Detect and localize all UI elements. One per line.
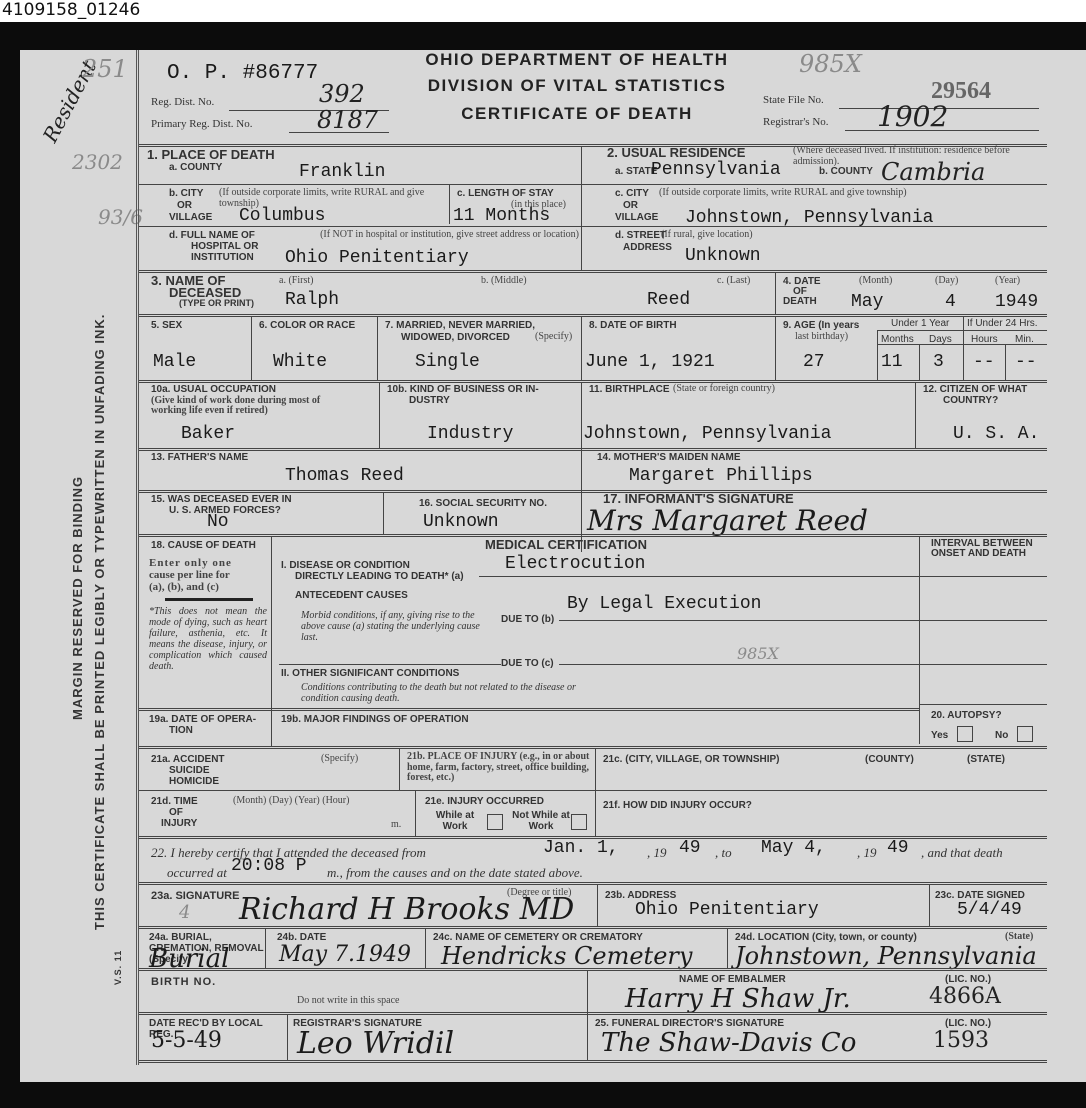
medical-certification-heading: MEDICAL CERTIFICATION xyxy=(485,538,647,551)
funeral-director-license: 1593 xyxy=(933,1028,989,1053)
death-city-value: Columbus xyxy=(239,206,325,226)
op-number: O. P. #86777 xyxy=(167,62,318,85)
embalmer-signature: Harry H Shaw Jr. xyxy=(625,984,851,1014)
physician-address: Ohio Penitentiary xyxy=(635,900,819,920)
pencil-251: 251 xyxy=(82,55,128,83)
usual-residence-label: 2. USUAL RESIDENCE xyxy=(607,146,745,159)
form-code: V.S. 11 xyxy=(113,950,123,985)
business-value: Industry xyxy=(427,424,513,444)
legibility-instruction: THIS CERTIFICATE SHALL BE PRINTED LEGIBL… xyxy=(92,314,107,930)
reg-dist-label: Reg. Dist. No. xyxy=(151,96,214,108)
pencil-2302: 2302 xyxy=(72,150,123,174)
birth-date-value: June 1, 1921 xyxy=(585,352,715,372)
time-of-death: 20:08 P xyxy=(231,856,307,876)
autopsy-yes-checkbox[interactable] xyxy=(957,726,973,742)
length-of-stay-value: 11 Months xyxy=(453,206,550,226)
county-label: a. COUNTY xyxy=(169,162,222,173)
attended-from-date: Jan. 1, xyxy=(543,838,619,858)
primary-reg-dist-label: Primary Reg. Dist. No. xyxy=(151,118,252,130)
age-value: 27 xyxy=(803,352,825,372)
date-signed: 5/4/49 xyxy=(957,900,1022,920)
cause-a-value: Electrocution xyxy=(505,554,645,574)
residence-state-value: Pennsylvania xyxy=(651,160,781,180)
citizenship-value: U. S. A. xyxy=(953,424,1039,444)
first-name-value: Ralph xyxy=(285,290,339,310)
marital-status-value: Single xyxy=(415,352,480,372)
registrar-signature: Leo Wridil xyxy=(297,1026,454,1061)
title-certificate: CERTIFICATE OF DEATH xyxy=(397,104,757,124)
mother-name-value: Margaret Phillips xyxy=(629,466,813,486)
residence-city-value: Johnstown, Pennsylvania xyxy=(685,208,933,228)
death-year-value: 1949 xyxy=(995,292,1038,312)
informant-signature: Mrs Margaret Reed xyxy=(587,504,868,537)
armed-forces-value: No xyxy=(207,512,229,532)
cause-footnote: *This does not mean the mode of dying, s… xyxy=(149,606,267,672)
residence-county-value: Cambria xyxy=(881,158,985,186)
birthplace-value: Johnstown, Pennsylvania xyxy=(583,424,831,444)
title-department: OHIO DEPARTMENT OF HEALTH xyxy=(397,50,757,70)
embalmer-license: 4866A xyxy=(929,984,1001,1009)
primary-reg-dist-value: 8187 xyxy=(317,106,378,134)
reg-dist-value: 392 xyxy=(319,80,365,108)
cemetery-value: Hendricks Cemetery xyxy=(441,942,692,970)
funeral-director-signature: The Shaw-Davis Co xyxy=(601,1028,856,1058)
not-while-at-work-checkbox[interactable] xyxy=(571,814,587,830)
last-name-value: Reed xyxy=(647,290,690,310)
hospital-value: Ohio Penitentiary xyxy=(285,248,469,268)
state-file-label: State File No. xyxy=(763,94,824,106)
registrar-number: 1902 xyxy=(877,100,948,133)
place-of-death-label: 1. PLACE OF DEATH xyxy=(147,148,275,161)
registrar-number-label: Registrar's No. xyxy=(763,116,829,128)
binding-margin-text: MARGIN RESERVED FOR BINDING xyxy=(70,476,85,720)
cause-b-value: By Legal Execution xyxy=(567,594,761,614)
death-day-value: 4 xyxy=(945,292,956,312)
sex-value: Male xyxy=(153,352,196,372)
attended-to-year: 49 xyxy=(887,838,909,858)
age-hours-value: -- xyxy=(973,352,995,372)
while-at-work-checkbox[interactable] xyxy=(487,814,503,830)
image-id-label: 4109158_01246 xyxy=(2,0,140,22)
residence-street-value: Unknown xyxy=(685,246,761,266)
physician-signature: Richard H Brooks MD xyxy=(239,892,574,927)
autopsy-no-checkbox[interactable] xyxy=(1017,726,1033,742)
occupation-value: Baker xyxy=(181,424,235,444)
age-days-value: 3 xyxy=(933,352,944,372)
death-certificate-form: O. P. #86777 Reg. Dist. No. 392 Primary … xyxy=(136,50,1044,1065)
date-received-value: 5-5-49 xyxy=(151,1028,222,1053)
ssn-value: Unknown xyxy=(423,512,499,532)
title-division: DIVISION OF VITAL STATISTICS xyxy=(397,76,757,96)
age-months-value: 11 xyxy=(881,352,903,372)
race-value: White xyxy=(273,352,327,372)
death-county-value: Franklin xyxy=(299,162,385,182)
pencil-985x: 985X xyxy=(799,50,862,78)
death-month-value: May xyxy=(851,292,883,312)
attended-to-date: May 4, xyxy=(761,838,826,858)
burial-date-value: May 7.1949 xyxy=(279,942,411,967)
attended-from-year: 49 xyxy=(679,838,701,858)
father-name-value: Thomas Reed xyxy=(285,466,404,486)
pencil-985x-cause: 985X xyxy=(737,644,779,663)
burial-location-value: Johnstown, Pennsylvania xyxy=(735,942,1037,970)
age-min-value: -- xyxy=(1015,352,1037,372)
